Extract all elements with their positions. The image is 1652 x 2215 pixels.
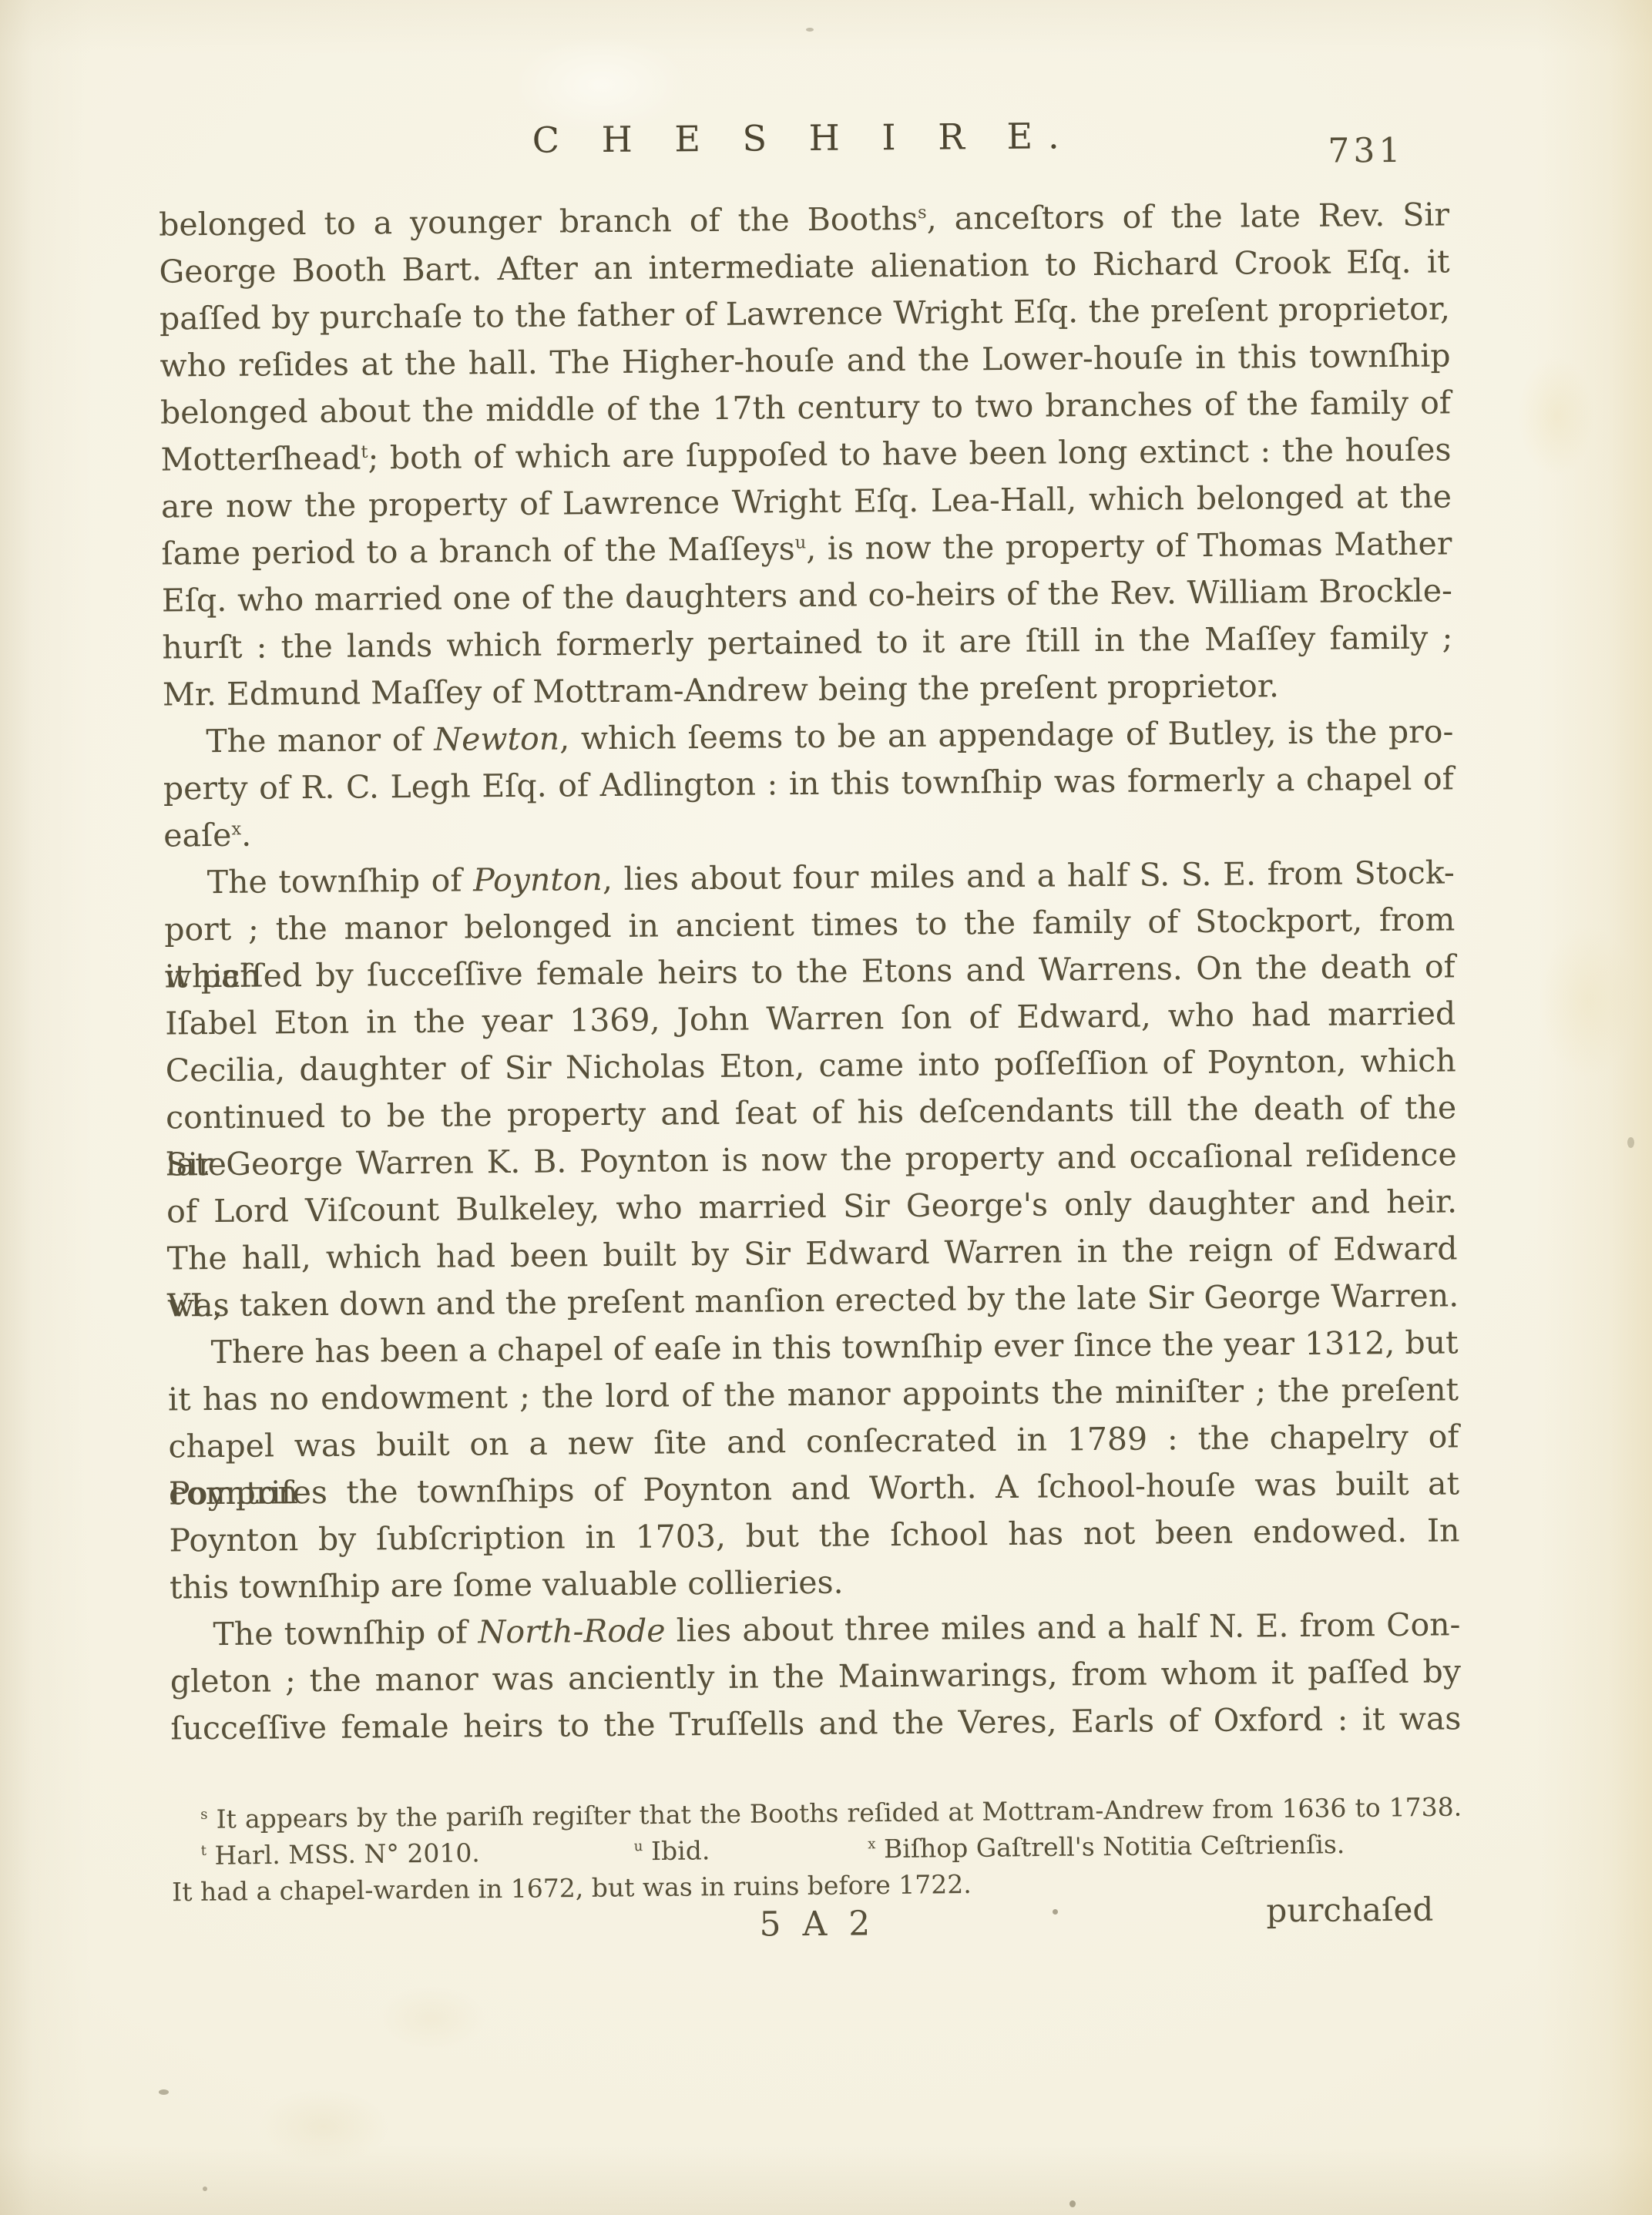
text-segment: George Booth Bart. After an intermediate… bbox=[159, 243, 1449, 290]
page-content: C H E S H I R E. 731 belonged to a young… bbox=[158, 110, 1464, 2123]
text-segment: Sir George Warren K. B. Poynton is now t… bbox=[166, 1136, 1456, 1183]
scan-speck bbox=[203, 2186, 207, 2191]
text-segment: , which ſeems to be an appendage of Butl… bbox=[559, 713, 1454, 757]
italic-place-name: Newton bbox=[434, 720, 559, 758]
footnote-marker: x bbox=[231, 819, 241, 839]
text-segment: It had a chapel-warden in 1672, but was … bbox=[172, 1869, 972, 1907]
page-number: 731 bbox=[1328, 131, 1404, 171]
text-segment: , lies about four miles and a half S. S.… bbox=[603, 854, 1455, 898]
text-segment: Cecilia, daughter of Sir Nicholas Eton, … bbox=[166, 1042, 1456, 1089]
text-segment: it has no endowment ; the lord of the ma… bbox=[168, 1371, 1459, 1418]
text-segment: Mr. Edmund Maſſey of Mottram-Andrew bein… bbox=[163, 667, 1279, 713]
text-segment: ; both of which are ſuppoſed to have bee… bbox=[368, 431, 1451, 476]
text-segment: lies about three miles and a half N. E. … bbox=[665, 1606, 1460, 1649]
text-segment: ſucceſſive female heirs to the Truſſells… bbox=[170, 1700, 1461, 1747]
text-segment: The townſhip of bbox=[207, 861, 474, 901]
body-text: belonged to a younger branch of the Boot… bbox=[159, 191, 1462, 1752]
text-segment: of Lord Viſcount Bulkeley, who married S… bbox=[166, 1183, 1457, 1230]
text-line: ſucceſſive female heirs to the Truſſells… bbox=[170, 1695, 1461, 1752]
text-segment: The manor of bbox=[206, 721, 434, 760]
text-segment: ſame period to a branch of the Maſſeys bbox=[161, 530, 795, 572]
text-segment: belonged to a younger branch of the Boot… bbox=[159, 200, 918, 243]
scan-speck bbox=[1069, 2200, 1076, 2207]
text-segment: perty of R. C. Legh Eſq. of Adlington : … bbox=[163, 760, 1454, 807]
text-segment: compriſes the townſhips of Poynton and W… bbox=[169, 1465, 1459, 1512]
text-segment: eaſe bbox=[163, 817, 232, 854]
scan-speck bbox=[806, 28, 814, 32]
text-segment: was taken down and the preſent manſion e… bbox=[167, 1277, 1459, 1324]
text-segment: gleton ; the manor was anciently in the … bbox=[170, 1653, 1461, 1700]
text-segment: belonged about the middle of the 17th ce… bbox=[160, 384, 1451, 431]
page-title: C H E S H I R E. bbox=[158, 110, 1449, 163]
footnote-marker: u bbox=[634, 1838, 643, 1854]
text-segment: Iſabel Eton in the year 1369, John Warre… bbox=[165, 995, 1456, 1042]
text-segment: Motterſhead bbox=[160, 440, 361, 478]
text-segment: . bbox=[241, 817, 251, 854]
italic-place-name: Poynton bbox=[473, 861, 603, 898]
footnote-marker: u bbox=[795, 532, 807, 552]
text-segment: hurſt : the lands which formerly pertain… bbox=[162, 619, 1452, 666]
text-segment: , is now the property of Thomas Mather bbox=[806, 525, 1452, 567]
catchword: purchaſed bbox=[1266, 1891, 1433, 1930]
text-segment: Ibid. bbox=[643, 1835, 710, 1866]
text-segment: , anceſtors of the late Rev. Sir bbox=[926, 196, 1449, 237]
italic-place-name: North-Rode bbox=[478, 1612, 665, 1650]
text-segment: The townſhip of bbox=[213, 1613, 478, 1653]
book-page: C H E S H I R E. 731 belonged to a young… bbox=[0, 0, 1652, 2215]
text-segment: it paſſed by ſucceſſive female heirs to … bbox=[165, 948, 1456, 995]
text-segment: Biſhop Gaſtrell's Notitia Ceſtrienſis. bbox=[875, 1829, 1345, 1864]
text-segment: Poynton by ſubſcription in 1703, but the… bbox=[169, 1512, 1459, 1559]
text-segment: There has been a chapel of eaſe in this … bbox=[210, 1324, 1458, 1371]
scan-speck bbox=[1627, 1137, 1634, 1148]
footnote-marker: x bbox=[868, 1836, 875, 1852]
text-segment: this townſhip are ſome valuable collieri… bbox=[170, 1564, 844, 1606]
scan-speck bbox=[159, 2089, 169, 2095]
footnote-marker: s bbox=[918, 203, 927, 223]
page-header: C H E S H I R E. 731 bbox=[158, 110, 1449, 205]
footnote-marker: t bbox=[361, 442, 368, 462]
text-segment: Harl. MSS. N° 2010. bbox=[206, 1837, 480, 1871]
text-segment: are now the property of Lawrence Wright … bbox=[161, 478, 1452, 525]
text-segment: Eſq. who married one of the daughters an… bbox=[162, 572, 1452, 619]
text-segment: paſſed by purchaſe to the father of Lawr… bbox=[159, 290, 1450, 337]
text-segment: who reſides at the hall. The Higher-houſ… bbox=[159, 337, 1450, 384]
